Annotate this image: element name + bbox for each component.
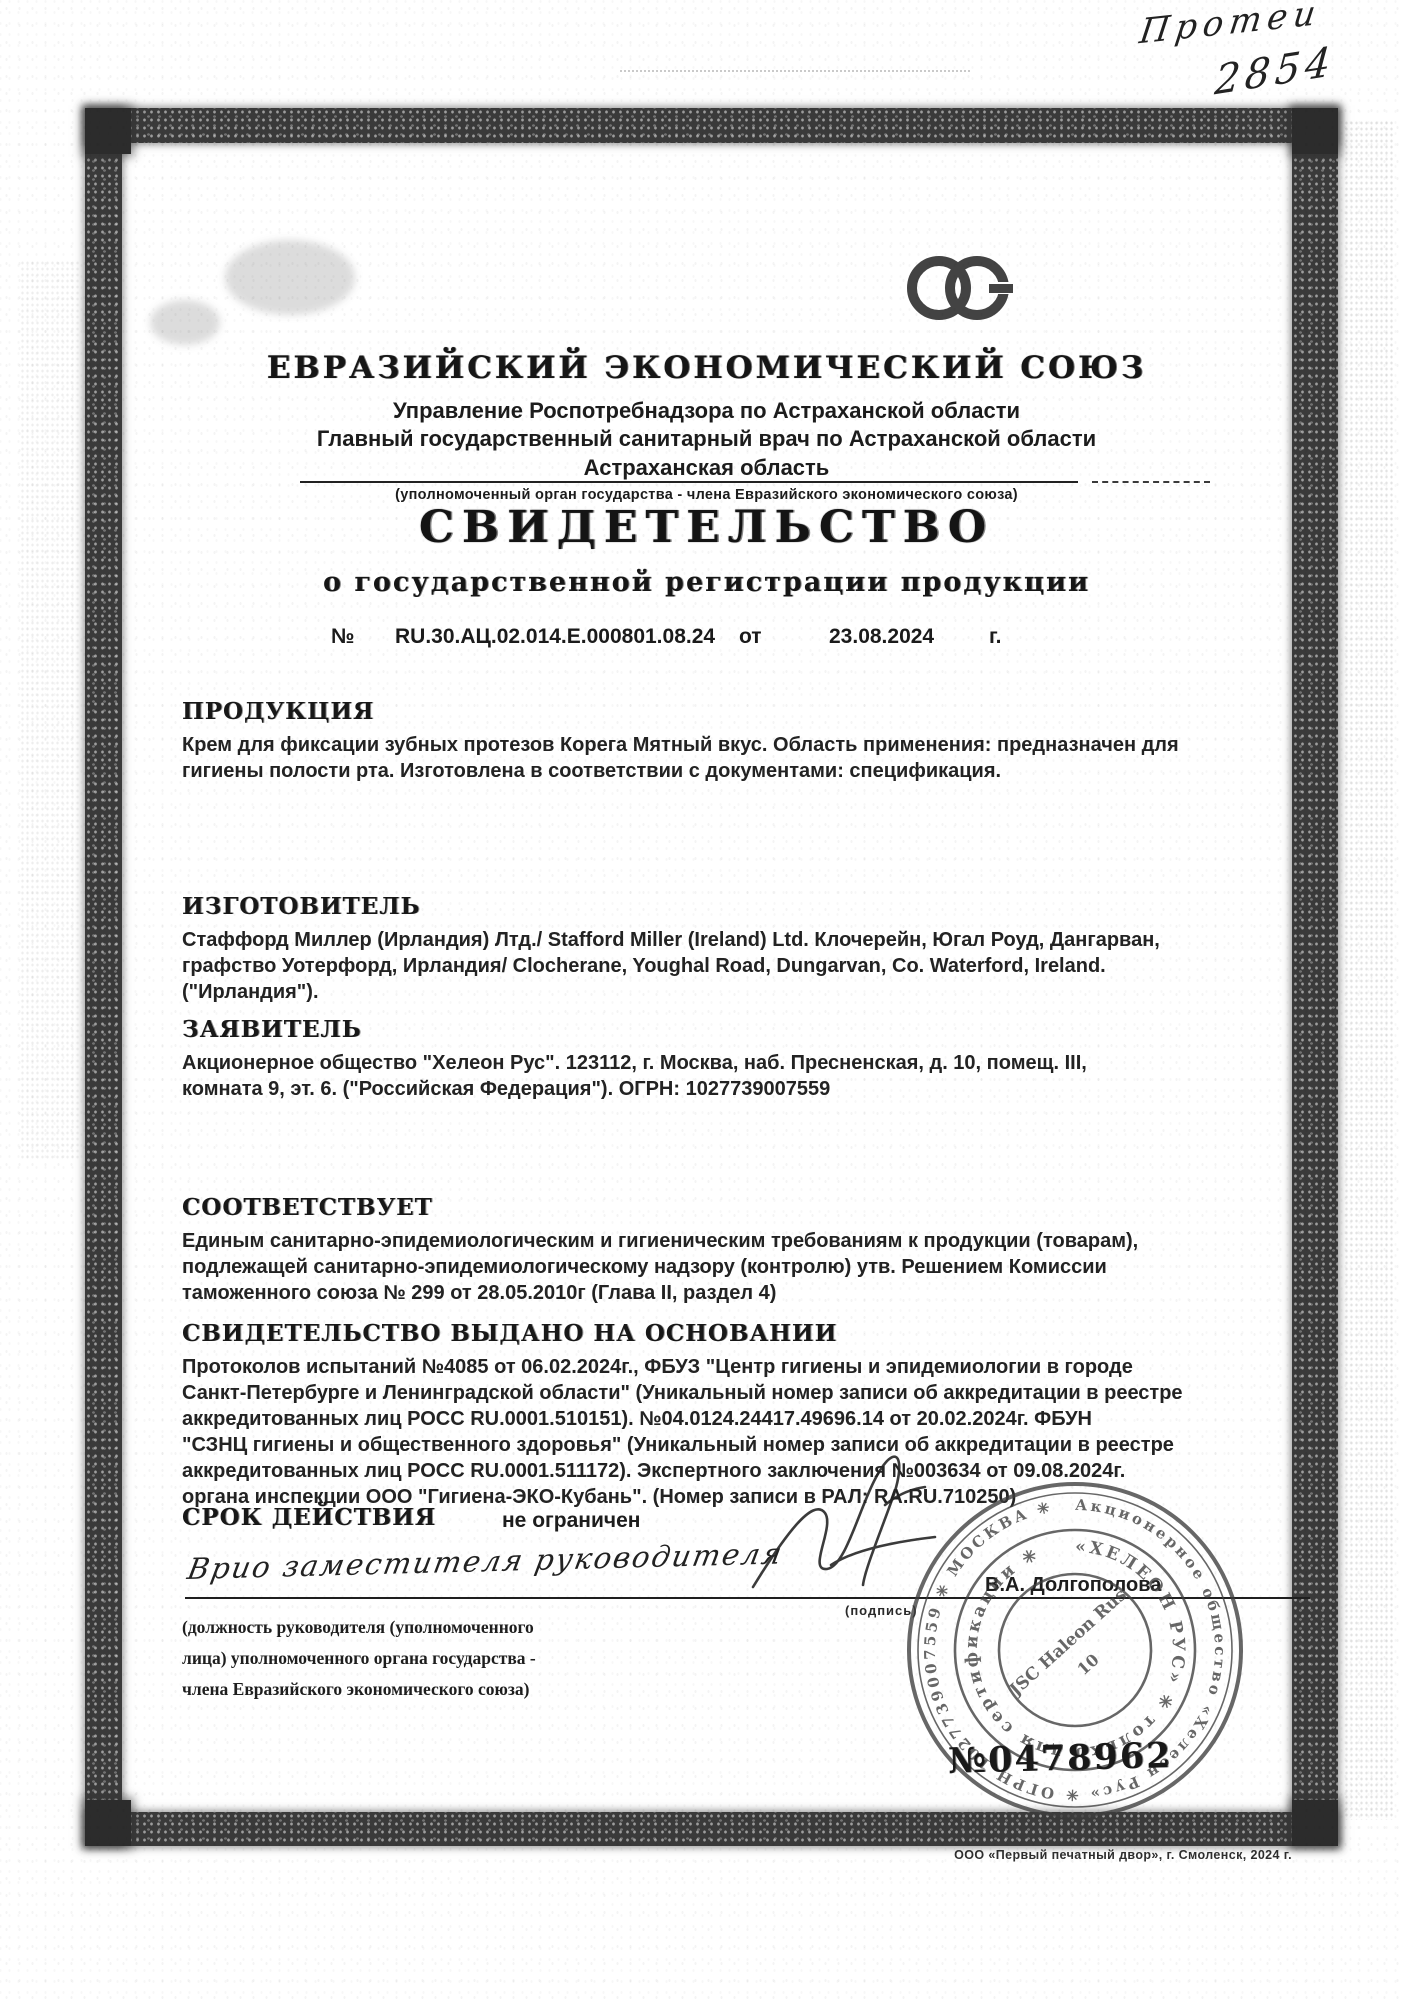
- section-product: ПРОДУКЦИЯ Крем для фиксации зубных проте…: [182, 698, 1292, 784]
- scan-smudge-1: [225, 240, 355, 315]
- section-complies-heading: СООТВЕТСТВУЕТ: [182, 1194, 1292, 1221]
- region-line: Астраханская область: [121, 455, 1292, 481]
- certificate-page: { "annotation": { "line1": "Протеи", "li…: [0, 0, 1402, 2000]
- frame-corner-tl: [85, 108, 131, 154]
- scan-artifact-dotline: [620, 70, 970, 72]
- section-product-heading: ПРОДУКЦИЯ: [182, 698, 1292, 725]
- section-complies: СООТВЕТСТВУЕТ Единым санитарно-эпидемиол…: [182, 1194, 1292, 1306]
- section-manufacturer-line: графство Уотерфорд, Ирландия/ Clocherane…: [182, 953, 1292, 979]
- validity-value: не ограничен: [502, 1509, 640, 1533]
- section-manufacturer-heading: ИЗГОТОВИТЕЛЬ: [182, 893, 1292, 920]
- section-basis-line: аккредитованных лиц РОСС RU.0001.510151)…: [182, 1406, 1292, 1432]
- scan-smudge-2: [150, 300, 220, 345]
- frame-right-band: [1292, 108, 1338, 1846]
- blank-form-number: №0478962: [948, 1735, 1174, 1782]
- from-label: от: [739, 625, 762, 649]
- scan-noise-left-margin: [20, 260, 80, 1160]
- number-sign: №: [331, 625, 354, 649]
- scan-noise-right-margin: [1344, 120, 1394, 1820]
- document-subtitle: о государственной регистрации продукции: [121, 567, 1292, 598]
- section-complies-line: подлежащей санитарно-эпидемиологическому…: [182, 1254, 1292, 1280]
- handwritten-note-line2: 2854: [1213, 38, 1337, 104]
- section-product-line: гигиены полости рта. Изготовлена в соотв…: [182, 758, 1292, 784]
- frame-corner-tr: [1292, 108, 1338, 154]
- stamp-center-line1: JSC Haleon Rus: [1004, 1585, 1130, 1701]
- printer-note: ООО «Первый печатный двор», г. Смоленск,…: [121, 1848, 1292, 1862]
- section-applicant-heading: ЗАЯВИТЕЛЬ: [182, 1016, 1292, 1043]
- section-manufacturer: ИЗГОТОВИТЕЛЬ Стаффорд Миллер (Ирландия) …: [182, 893, 1292, 1005]
- year-suffix: г.: [989, 625, 1001, 649]
- region-underline: [300, 481, 1078, 483]
- section-basis-line: Санкт-Петербурге и Ленинградской области…: [182, 1380, 1292, 1406]
- frame-corner-br: [1292, 1800, 1338, 1846]
- section-complies-line: таможенного союза № 299 от 28.05.2010г (…: [182, 1280, 1292, 1306]
- section-applicant-line: Акционерное общество "Хелеон Рус". 12311…: [182, 1050, 1292, 1076]
- section-applicant-line: комната 9, эт. 6. ("Российская Федерация…: [182, 1076, 1292, 1102]
- authority-line1: Управление Роспотребнадзора по Астраханс…: [121, 398, 1292, 424]
- section-basis-heading: СВИДЕТЕЛЬСТВО ВЫДАНО НА ОСНОВАНИИ: [182, 1320, 1292, 1347]
- position-caption-line: (должность руководителя (уполномоченного: [182, 1612, 802, 1643]
- stamp-center-line2: 10: [1073, 1650, 1102, 1679]
- certificate-number: RU.30.АЦ.02.014.Е.000801.08.24: [395, 625, 715, 649]
- eaeu-logo-icon: [905, 245, 1023, 331]
- handwritten-position: Врио заместителя руководителя: [185, 1536, 787, 1586]
- position-caption-line: лица) уполномоченного органа государства…: [182, 1643, 802, 1674]
- number-row: № RU.30.АЦ.02.014.Е.000801.08.24 от 23.0…: [121, 625, 1292, 657]
- position-caption: (должность руководителя (уполномоченного…: [182, 1612, 802, 1705]
- section-complies-line: Единым санитарно-эпидемиологическим и ги…: [182, 1228, 1292, 1254]
- frame-corner-bl: [85, 1800, 131, 1846]
- section-manufacturer-line: ("Ирландия").: [182, 979, 1292, 1005]
- section-manufacturer-line: Стаффорд Миллер (Ирландия) Лтд./ Staffor…: [182, 927, 1292, 953]
- section-product-line: Крем для фиксации зубных протезов Корега…: [182, 732, 1292, 758]
- section-basis-line: Протоколов испытаний №4085 от 06.02.2024…: [182, 1354, 1292, 1380]
- section-applicant: ЗАЯВИТЕЛЬ Акционерное общество "Хелеон Р…: [182, 1016, 1292, 1102]
- document-title: СВИДЕТЕЛЬСТВО: [121, 502, 1292, 553]
- authority-caption: (уполномоченный орган государства - член…: [121, 487, 1292, 503]
- frame-left-band: [85, 108, 122, 1846]
- certificate-date: 23.08.2024: [829, 625, 934, 649]
- frame-top-band: [85, 108, 1338, 143]
- section-validity-heading: СРОК ДЕЙСТВИЯ: [182, 1504, 436, 1531]
- authority-line2: Главный государственный санитарный врач …: [121, 426, 1292, 452]
- position-caption-line: члена Евразийского экономического союза): [182, 1674, 802, 1705]
- union-title: ЕВРАЗИЙСКИЙ ЭКОНОМИЧЕСКИЙ СОЮЗ: [121, 350, 1292, 386]
- region-dash-line: [1092, 481, 1210, 483]
